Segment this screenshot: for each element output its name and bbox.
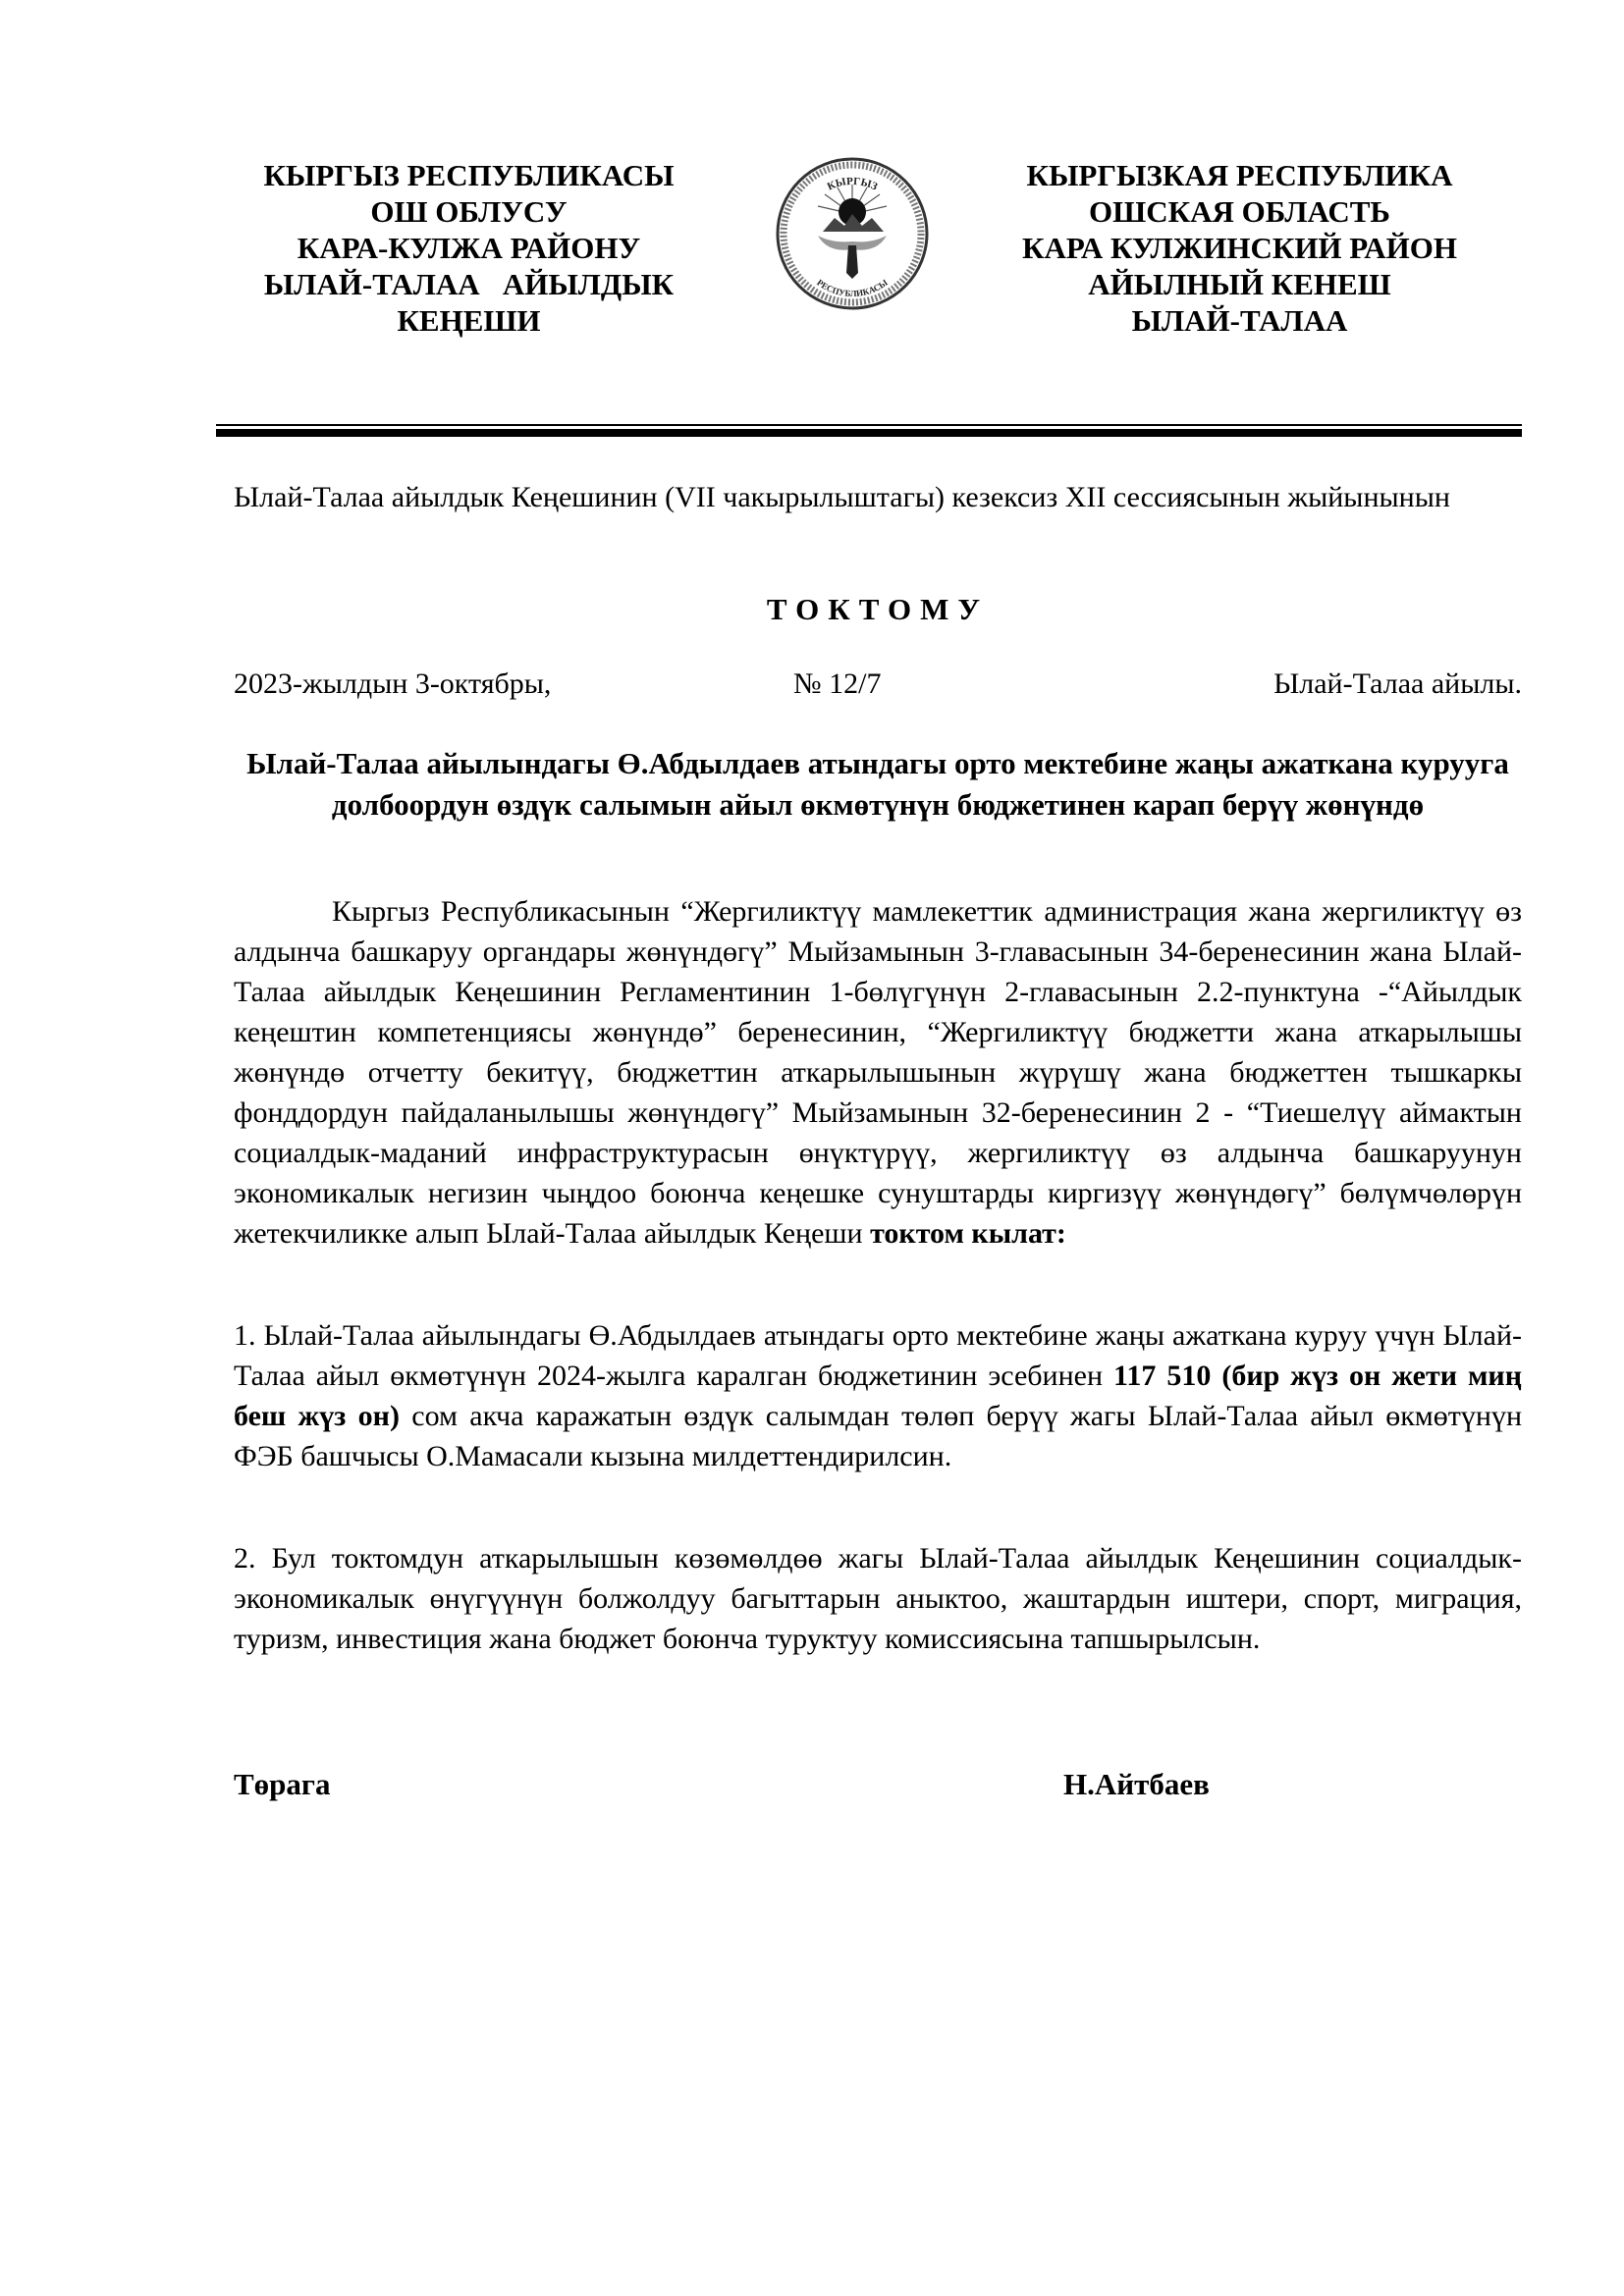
- header-russian: КЫРГЫЗКАЯ РЕСПУБЛИКА ОШСКАЯ ОБЛАСТЬ КАРА…: [957, 157, 1522, 339]
- header-line: КАРА-КУЛЖА РАЙОНУ: [221, 230, 717, 266]
- preamble-resolution: токтом кылат:: [870, 1217, 1066, 1250]
- signature-name: Н.Айтбаев: [1063, 1767, 1210, 1802]
- header-line: КЫРГЫЗ РЕСПУБЛИКАСЫ: [221, 157, 717, 193]
- header-line: КАРА КУЛЖИНСКИЙ РАЙОН: [957, 230, 1522, 266]
- preamble-text: Кыргыз Республикасынын “Жергиликтүү мамл…: [234, 895, 1522, 1250]
- header-line: ЫЛАЙ-ТАЛАА АЙЫЛДЫК: [221, 266, 717, 302]
- preamble-paragraph: Кыргыз Республикасынын “Жергиликтүү мамл…: [234, 891, 1522, 1254]
- document-place: Ылай-Талаа айылы.: [1273, 667, 1522, 701]
- resolution-item-2: 2. Бул токтомдун аткарылышын көзөмөлдөө …: [234, 1538, 1522, 1659]
- item-text: сом акча каражатын өздүк салымдан төлөп …: [234, 1400, 1522, 1472]
- document-date: 2023-жылдын 3-октябры,: [234, 667, 551, 701]
- header-line: АЙЫЛНЫЙ КЕНЕШ: [957, 266, 1522, 302]
- header-line: ЫЛАЙ-ТАЛАА: [957, 302, 1522, 339]
- resolution-item-1: 1. Ылай-Талаа айылындагы Ө.Абдылдаев аты…: [234, 1315, 1522, 1476]
- header-line: ОШ ОБЛУСУ: [221, 193, 717, 230]
- header-line: КЫРГЫЗКАЯ РЕСПУБЛИКА: [957, 157, 1522, 193]
- header-divider-thin: [216, 424, 1522, 426]
- document-subject: Ылай-Талаа айылындагы Ө.Абдылдаев атында…: [234, 743, 1522, 826]
- header-line: ОШСКАЯ ОБЛАСТЬ: [957, 193, 1522, 230]
- signature-title: Төрага: [234, 1767, 331, 1802]
- header-line: КЕҢЕШИ: [221, 302, 717, 339]
- document-number: № 12/7: [793, 667, 881, 701]
- document-meta: 2023-жылдын 3-октябры, № 12/7 Ылай-Талаа…: [234, 667, 1522, 707]
- document-title: ТОКТОМУ: [234, 592, 1522, 627]
- header-divider-thick: [216, 429, 1522, 437]
- header-kyrgyz: КЫРГЫЗ РЕСПУБЛИКАСЫ ОШ ОБЛУСУ КАРА-КУЛЖА…: [221, 157, 717, 339]
- session-line: Ылай-Талаа айылдык Кеңешинин (VII чакыры…: [234, 477, 1522, 517]
- state-emblem-icon: КЫРГЫЗ РЕСПУБЛИКАСЫ: [774, 155, 931, 312]
